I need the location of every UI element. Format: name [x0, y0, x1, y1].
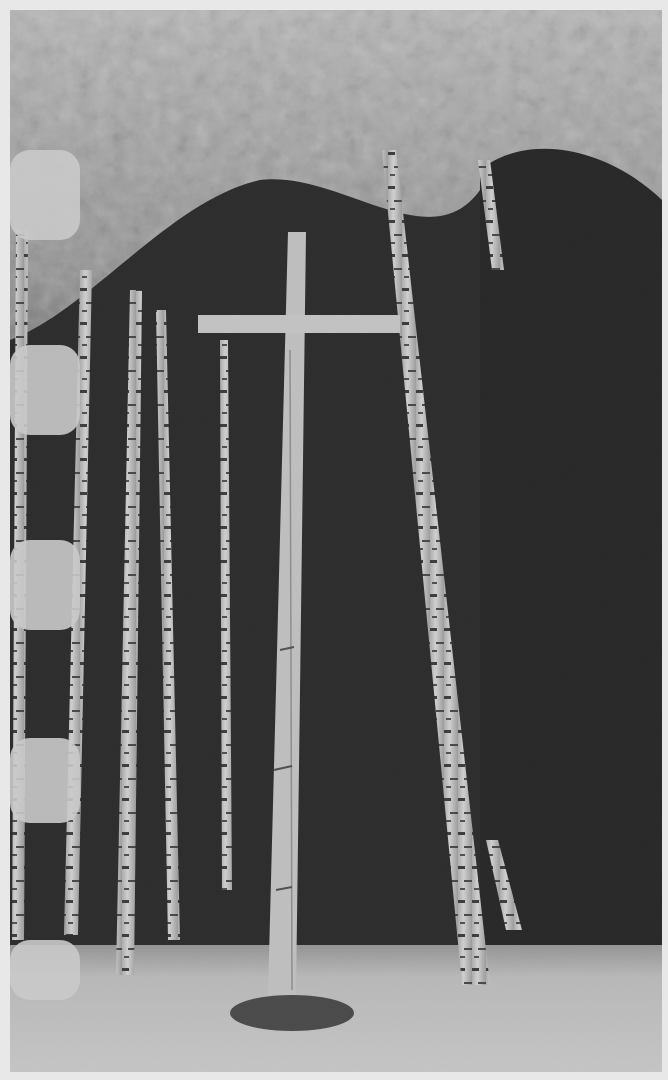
- photograph: [10, 10, 662, 1072]
- forest-cross-scene: [10, 10, 662, 1072]
- photo-frame: [0, 0, 668, 1080]
- film-grain: [10, 10, 662, 1072]
